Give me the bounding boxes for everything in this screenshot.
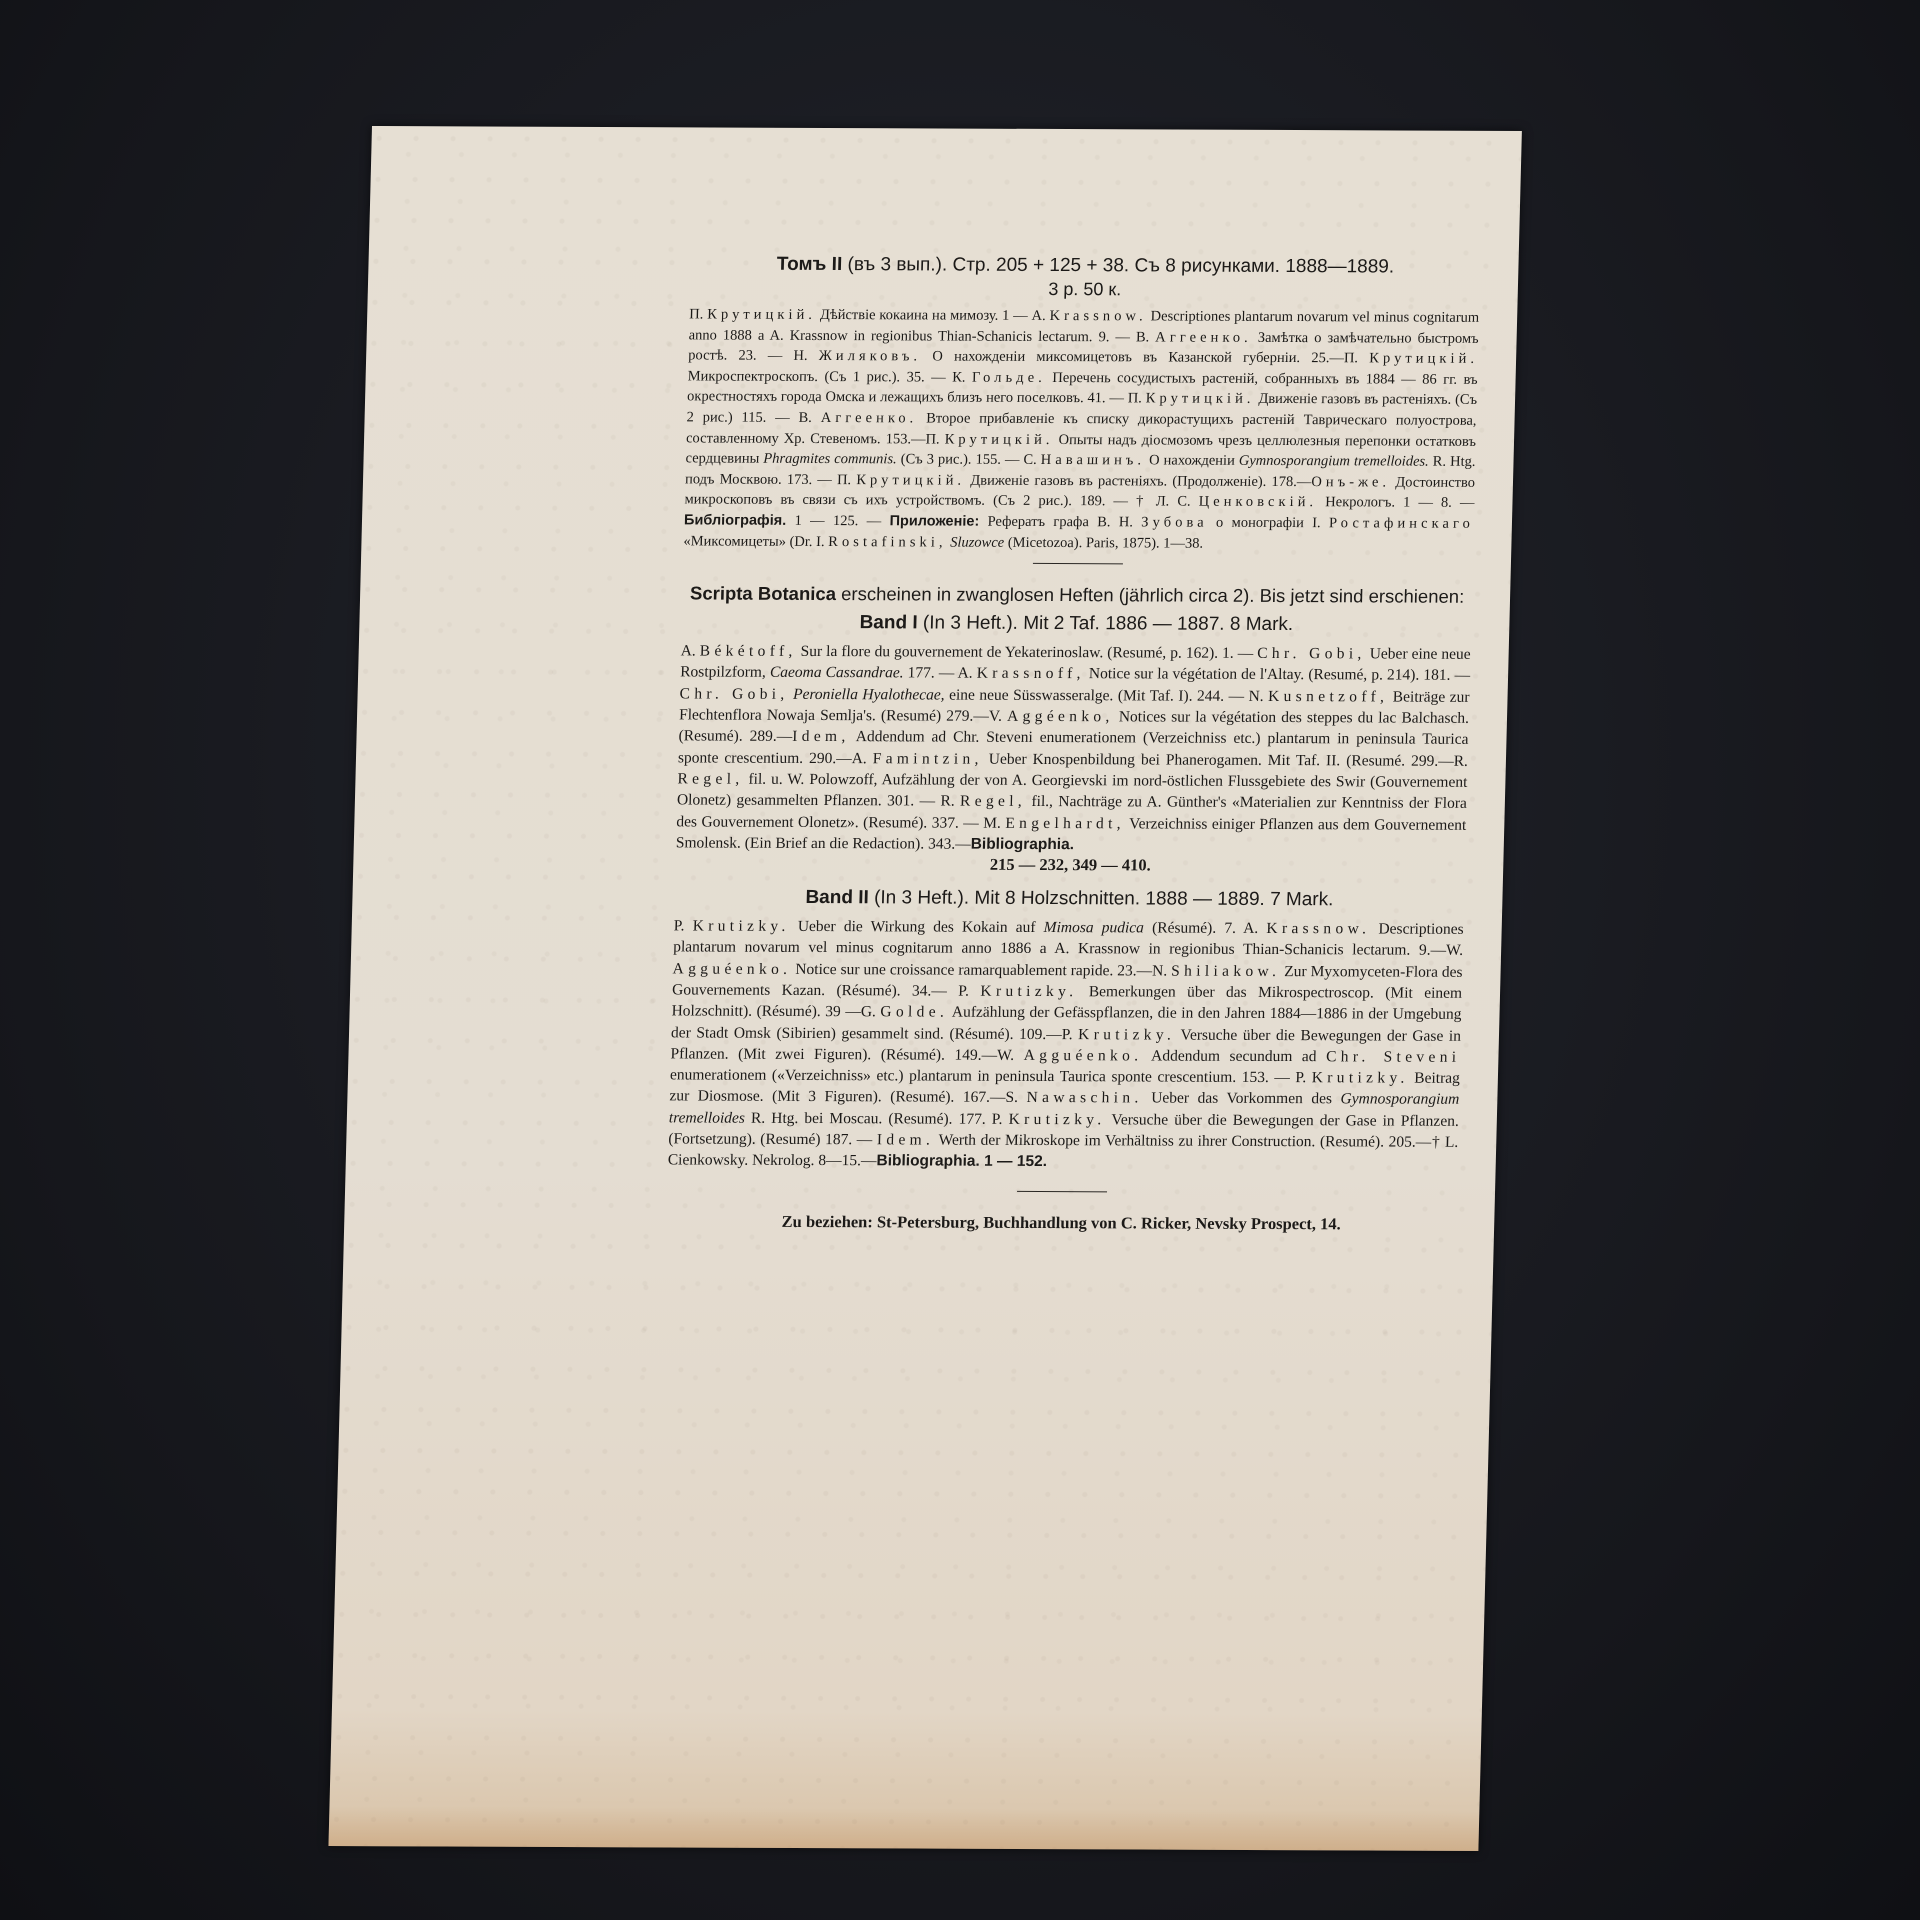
text-segment: Крутицкій. (856, 472, 965, 488)
text-segment: Крутицкій. (1369, 351, 1478, 367)
text-segment: Онъ-же. (1311, 474, 1390, 490)
text-segment: Famintzin, (873, 750, 984, 767)
text-segment: Idem, (792, 728, 850, 745)
text-segment: (Résumé). 7. A. (1144, 920, 1267, 938)
text-segment: Зубова (1141, 514, 1208, 530)
text-segment: Krassnow. (1266, 920, 1370, 937)
footer-divider (1017, 1191, 1107, 1192)
text-segment: Библіографія. (684, 512, 787, 528)
scripta-intro: Scripta Botanica erscheinen in zwanglose… (682, 583, 1472, 608)
text-segment: Крутицкій. (707, 306, 816, 322)
text-segment: Рефератъ графа В. Н. (979, 514, 1141, 531)
text-segment: О нахожденіи миксомицетовъ въ Казанской … (921, 349, 1369, 367)
text-segment: 1 — 152. (980, 1153, 1048, 1170)
text-segment: Peroniella Hyalothecae, (793, 686, 945, 704)
text-segment: Krutizky. (1311, 1069, 1408, 1086)
text-segment: Крутицкій. (1145, 391, 1254, 407)
text-segment: Ueber das Vorkommen des (1142, 1090, 1340, 1108)
text-segment: Notice sur une croissance ramarquablemen… (791, 961, 1171, 980)
text-segment: Chr. Steveni (1326, 1048, 1461, 1066)
text-segment: Аггеенко. (821, 410, 918, 426)
text-segment: Ценковскій. (1198, 494, 1317, 511)
band2-contents: P. Krutizky. Ueber die Wirkung des Kokai… (668, 915, 1464, 1174)
band1-pages: 215 — 232, 349 — 410. (675, 853, 1465, 876)
text-segment: Krassnoff, (976, 665, 1085, 682)
text-segment: enumerationem («Verzeichniss» etc.) plan… (670, 1067, 1312, 1087)
text-segment: Ueber die Wirkung des Kokain auf (789, 918, 1043, 936)
text-segment: Крутицкій. (944, 431, 1053, 447)
text-segment: Микроспектроскопъ. (Съ 1 рис.). 35. — К. (687, 368, 972, 385)
text-segment: П. (689, 306, 707, 322)
text-segment: Ueber Knospenbildung bei Phanerogamen. M… (983, 750, 1469, 769)
text-segment: Nawaschin. (1026, 1089, 1143, 1107)
text-segment: Krutizky. (1078, 1026, 1175, 1043)
text-segment: Жиляковъ. (819, 348, 922, 364)
text-segment: Golde. (880, 1004, 948, 1021)
band1-heading-bold: Band I (859, 612, 918, 633)
text-segment: Движеніе газовъ въ растеніяхъ. (Продолже… (965, 472, 1312, 490)
text-segment: Shiliakow. (1171, 962, 1281, 979)
text-segment: Aggéenko, (1007, 708, 1114, 725)
text-segment: Agguéenko. (1024, 1047, 1143, 1065)
band1-heading-rest: (In 3 Heft.). Mit 2 Taf. 1886 — 1887. 8 … (923, 613, 1294, 636)
text-segment: Regel, (677, 770, 744, 787)
text-segment: 177. — A. (903, 665, 977, 682)
text-segment: Gymnosporangium tremelloides. (1239, 453, 1429, 470)
text-segment: о монографіи I. (1207, 515, 1329, 532)
band2-heading: Band II (In 3 Heft.). Mit 8 Holzschnitte… (674, 885, 1465, 912)
text-segment: Chr. Gobi, (679, 685, 788, 702)
text-segment: P. (674, 917, 693, 934)
page-content: Томъ II (въ 3 вып.). Стр. 205 + 125 + 38… (666, 252, 1481, 1235)
tom2-contents: П. Крутицкій. Дѣйствіе кокаина на мимозу… (683, 304, 1479, 555)
tom2-price: 3 р. 50 к. (690, 276, 1480, 301)
text-segment: Дѣйствіе кокаина на мимозу. 1 — А. (816, 307, 1050, 324)
text-segment: Mimosa pudica (1043, 919, 1144, 936)
text-segment: Caeoma Cassandrae. (770, 664, 904, 682)
text-segment: Навашинъ. (1041, 452, 1146, 468)
paper-page: Томъ II (въ 3 вып.). Стр. 205 + 125 + 38… (328, 126, 1521, 1851)
text-segment: R. Htg. bei Moscau. (Resumé). 177. P. (745, 1109, 1009, 1127)
tom2-heading-bold: Томъ II (776, 254, 842, 275)
text-segment: 1 — 125. — (786, 513, 890, 529)
text-segment: Приложеніе: (889, 513, 979, 529)
text-segment: Некрологъ. 1 — 8. — (1317, 495, 1475, 512)
text-segment: Krassnow. (1049, 308, 1147, 324)
text-segment: «Миксомицеты» (Dr. I. (683, 533, 828, 550)
text-segment: Addendum secundum ad (1142, 1047, 1326, 1065)
text-segment: Bibliographia. (970, 835, 1074, 852)
band2-heading-bold: Band II (805, 887, 869, 908)
text-segment: Аггеенко. (1155, 329, 1252, 345)
text-segment: Agguéenko. (672, 960, 791, 978)
text-segment: Krutizky. (980, 983, 1077, 1000)
text-segment: Sluzowce (950, 534, 1004, 550)
text-segment: eine neue Süsswasseralge. (Mit Taf. I). … (944, 686, 1268, 704)
text-segment: Phragmites communis. (763, 451, 897, 468)
text-segment: Krutizky. (692, 918, 789, 935)
text-segment: (Micetozoa). Paris, 1875). 1—38. (1004, 534, 1203, 551)
section-divider (1033, 563, 1123, 564)
text-segment: Regel, (960, 793, 1027, 810)
band2-heading-rest: (In 3 Heft.). Mit 8 Holzschnitten. 1888 … (874, 887, 1334, 910)
text-segment: Kusnetzoff, (1268, 688, 1389, 706)
text-segment: Idem. (877, 1131, 935, 1148)
tom2-heading: Томъ II (въ 3 вып.). Стр. 205 + 125 + 38… (690, 252, 1481, 279)
text-segment: Békétoff, (700, 643, 797, 660)
text-segment: Sur la flore du gouvernement de Yekateri… (796, 643, 1257, 662)
scripta-intro-text: erscheinen in zwanglosen Heften (jährlic… (841, 583, 1465, 607)
text-segment: Rostafinski, (828, 534, 947, 551)
band1-contents: A. Békétoff, Sur la flore du gouvernemen… (676, 641, 1471, 857)
text-segment: A. (680, 643, 699, 660)
text-segment: (Съ 3 рис.). 155. — С. (896, 451, 1040, 468)
text-segment: Chr. Gobi, (1257, 645, 1366, 662)
text-segment: Notice sur la végétation de l'Altay. (Re… (1085, 666, 1471, 685)
text-segment: О нахожденіи (1145, 453, 1239, 469)
tom2-heading-rest: (въ 3 вып.). Стр. 205 + 125 + 38. Съ 8 р… (847, 254, 1394, 277)
text-segment: Bibliographia. (876, 1153, 980, 1170)
footer-distributor: Zu beziehen: St-Petersburg, Buchhandlung… (666, 1210, 1456, 1235)
text-segment: Ростафинскаго (1329, 515, 1474, 532)
text-segment: Engelhardt, (1005, 814, 1125, 832)
text-segment: Гольде. (972, 369, 1046, 385)
text-segment: Krutizky. (1008, 1111, 1105, 1128)
scripta-title: Scripta Botanica (690, 583, 837, 605)
band1-heading: Band I (In 3 Heft.). Mit 2 Taf. 1886 — 1… (681, 611, 1472, 638)
